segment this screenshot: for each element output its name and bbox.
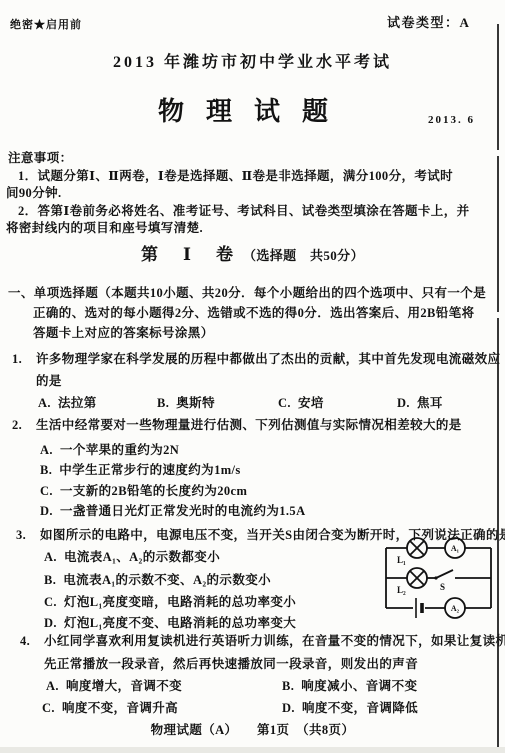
- ammeter1-label: A₁: [451, 544, 460, 553]
- option-label: C.: [44, 595, 57, 609]
- notice-item2-line1: 2．答第Ⅰ卷前务必将姓名、准考证号、考试科目、试卷类型填涂在答题卡上，并: [18, 204, 470, 218]
- page-footer: 物理试题（A） 第1页 （共8页）: [0, 723, 505, 737]
- lamp2-label: L₂: [397, 585, 406, 595]
- part-intro-line3: 答题卡上对应的答案标号涂黑）: [33, 326, 214, 340]
- option-label: B.: [157, 396, 169, 410]
- question-3-option-c: C.灯泡L₁亮度变暗，电路消耗的总功率变小: [44, 595, 296, 609]
- exam-date: 2013. 6: [428, 113, 475, 127]
- option-text: 灯泡L₁亮度变暗，电路消耗的总功率变小: [64, 595, 296, 609]
- option-label: A.: [38, 396, 51, 410]
- option-text: 电流表A₁、A₂的示数都变小: [64, 550, 220, 564]
- option-text: 响度不变，音调降低: [302, 701, 418, 715]
- switch-icon: [434, 570, 453, 580]
- option-label: A.: [46, 679, 59, 693]
- option-text: 电流表A₁的示数不变、A₂的示数变小: [63, 573, 271, 587]
- question-2-number: 2.: [12, 418, 22, 432]
- notice-item1-line1: 1．试题分第Ⅰ、Ⅱ两卷，Ⅰ卷是选择题、Ⅱ卷是非选择题，满分100分，考试时: [18, 169, 453, 183]
- option-label: C.: [278, 396, 291, 410]
- option-label: C.: [40, 484, 53, 498]
- option-text: 焦耳: [417, 396, 443, 410]
- question-4-option-a: A.响度增大，音调不变: [46, 679, 182, 693]
- question-4-option-c: C.响度不变，音调升高: [42, 701, 178, 715]
- question-1-stem-line1: 许多物理学家在科学发展的历程中都做出了杰出的贡献，其中首先发现电流磁效应: [36, 352, 500, 366]
- option-label: B.: [282, 679, 294, 693]
- option-text: 一个苹果的重约为2N: [60, 443, 179, 457]
- option-label: C.: [42, 701, 55, 715]
- question-3-number: 3.: [16, 528, 26, 542]
- option-label: D.: [397, 396, 410, 410]
- notice-heading: 注意事项：: [8, 151, 73, 165]
- option-text: 响度增大，音调不变: [66, 679, 182, 693]
- question-2-option-b: B.中学生正常步行的速度约为1m/s: [40, 463, 241, 477]
- question-1-option-a: A.法拉第: [38, 396, 97, 410]
- subject-title: 物理试题: [10, 97, 498, 127]
- notice-item2-line2: 将密封线内的项目和座号填写清楚.: [6, 221, 203, 235]
- volume-heading-row: 第 Ⅰ 卷（选择题 共50分）: [0, 248, 505, 263]
- question-2-option-d: D.一盏普通日光灯正常发光时的电流约为1.5A: [40, 504, 306, 518]
- question-1-option-b: B.奥斯特: [157, 396, 215, 410]
- question-2-option-c: C.一支新的2B铅笔的长度约为20cm: [40, 484, 247, 498]
- option-text: 一支新的2B铅笔的长度约为20cm: [60, 484, 247, 498]
- question-4-option-d: D.响度不变，音调降低: [282, 701, 418, 715]
- option-text: 奥斯特: [176, 396, 215, 410]
- volume-subheading: （选择题 共50分）: [243, 248, 364, 263]
- question-4-stem-line1: 小红同学喜欢利用复读机进行英语听力训练，在音量不变的情况下，如果让复读机: [44, 634, 505, 648]
- question-4-number: 4.: [20, 634, 30, 648]
- question-1-stem-line2: 的是: [36, 374, 62, 388]
- option-text: 灯泡L₁亮度不变、电路消耗的总功率变大: [64, 616, 296, 630]
- ammeter-icon: A₁: [445, 538, 465, 558]
- part-intro-line2: 正确的、选对的每小题得2分、选错或不选的得0分．选出答案后、用2B铅笔将: [33, 306, 475, 320]
- ammeter2-label: A₂: [451, 604, 460, 613]
- option-label: A.: [44, 550, 57, 564]
- question-1-number: 1.: [12, 352, 22, 366]
- question-1-option-d: D.焦耳: [397, 396, 443, 410]
- exam-title: 2013 年潍坊市初中学业水平考试: [0, 56, 505, 70]
- option-label: B.: [40, 463, 52, 477]
- page-edge-line: [497, 318, 499, 748]
- option-text: 响度减小、音调不变: [301, 679, 417, 693]
- circuit-diagram: A₁ A₂ L₁ L₂ S: [383, 536, 495, 628]
- question-1-option-c: C.安培: [278, 396, 324, 410]
- question-4-stem-line2: 先正常播放一段录音，然后再快速播放同一段录音，则发出的声音: [44, 657, 418, 671]
- option-label: D.: [40, 504, 53, 518]
- question-4-option-b: B.响度减小、音调不变: [282, 679, 417, 693]
- scan-bottom-strip: [0, 747, 505, 753]
- question-3-option-b: B.电流表A₁的示数不变、A₂的示数变小: [44, 573, 271, 587]
- page-edge-line: [497, 156, 499, 312]
- question-3-option-a: A.电流表A₁、A₂的示数都变小: [44, 550, 220, 564]
- lamp1-label: L₁: [397, 555, 406, 565]
- lamp-icon: [407, 568, 427, 588]
- option-text: 响度不变，音调升高: [62, 701, 178, 715]
- option-text: 法拉第: [58, 396, 97, 410]
- page-edge-line: [497, 24, 499, 150]
- question-2-stem: 生活中经常要对一些物理量进行估测、下列估测值与实际情况相差较大的是: [36, 418, 462, 432]
- option-label: D.: [282, 701, 295, 715]
- option-text: 一盏普通日光灯正常发光时的电流约为1.5A: [60, 504, 306, 518]
- question-2-option-a: A.一个苹果的重约为2N: [40, 443, 179, 457]
- option-label: D.: [44, 616, 57, 630]
- paper-type-label: 试卷类型：A: [387, 16, 470, 30]
- part-intro-line1: 一、单项选择题（本题共10小题、共20分．每个小题给出的四个选项中、只有一个是: [8, 286, 486, 300]
- notice-item1-line2: 间90分钟.: [6, 186, 62, 200]
- battery-icon: [416, 598, 422, 618]
- option-text: 安培: [298, 396, 324, 410]
- exam-paper-page: 绝密★启用前 试卷类型：A 2013 年潍坊市初中学业水平考试 物理试题 201…: [0, 0, 505, 753]
- option-text: 中学生正常步行的速度约为1m/s: [59, 463, 240, 477]
- ammeter-icon: A₂: [445, 598, 465, 618]
- volume-heading: 第 Ⅰ 卷: [141, 245, 237, 264]
- security-label: 绝密★启用前: [10, 18, 82, 32]
- option-label: A.: [40, 443, 53, 457]
- lamp-icon: [407, 538, 427, 558]
- question-3-option-d: D.灯泡L₁亮度不变、电路消耗的总功率变大: [44, 616, 296, 630]
- switch-label: S: [440, 582, 445, 592]
- option-label: B.: [44, 573, 56, 587]
